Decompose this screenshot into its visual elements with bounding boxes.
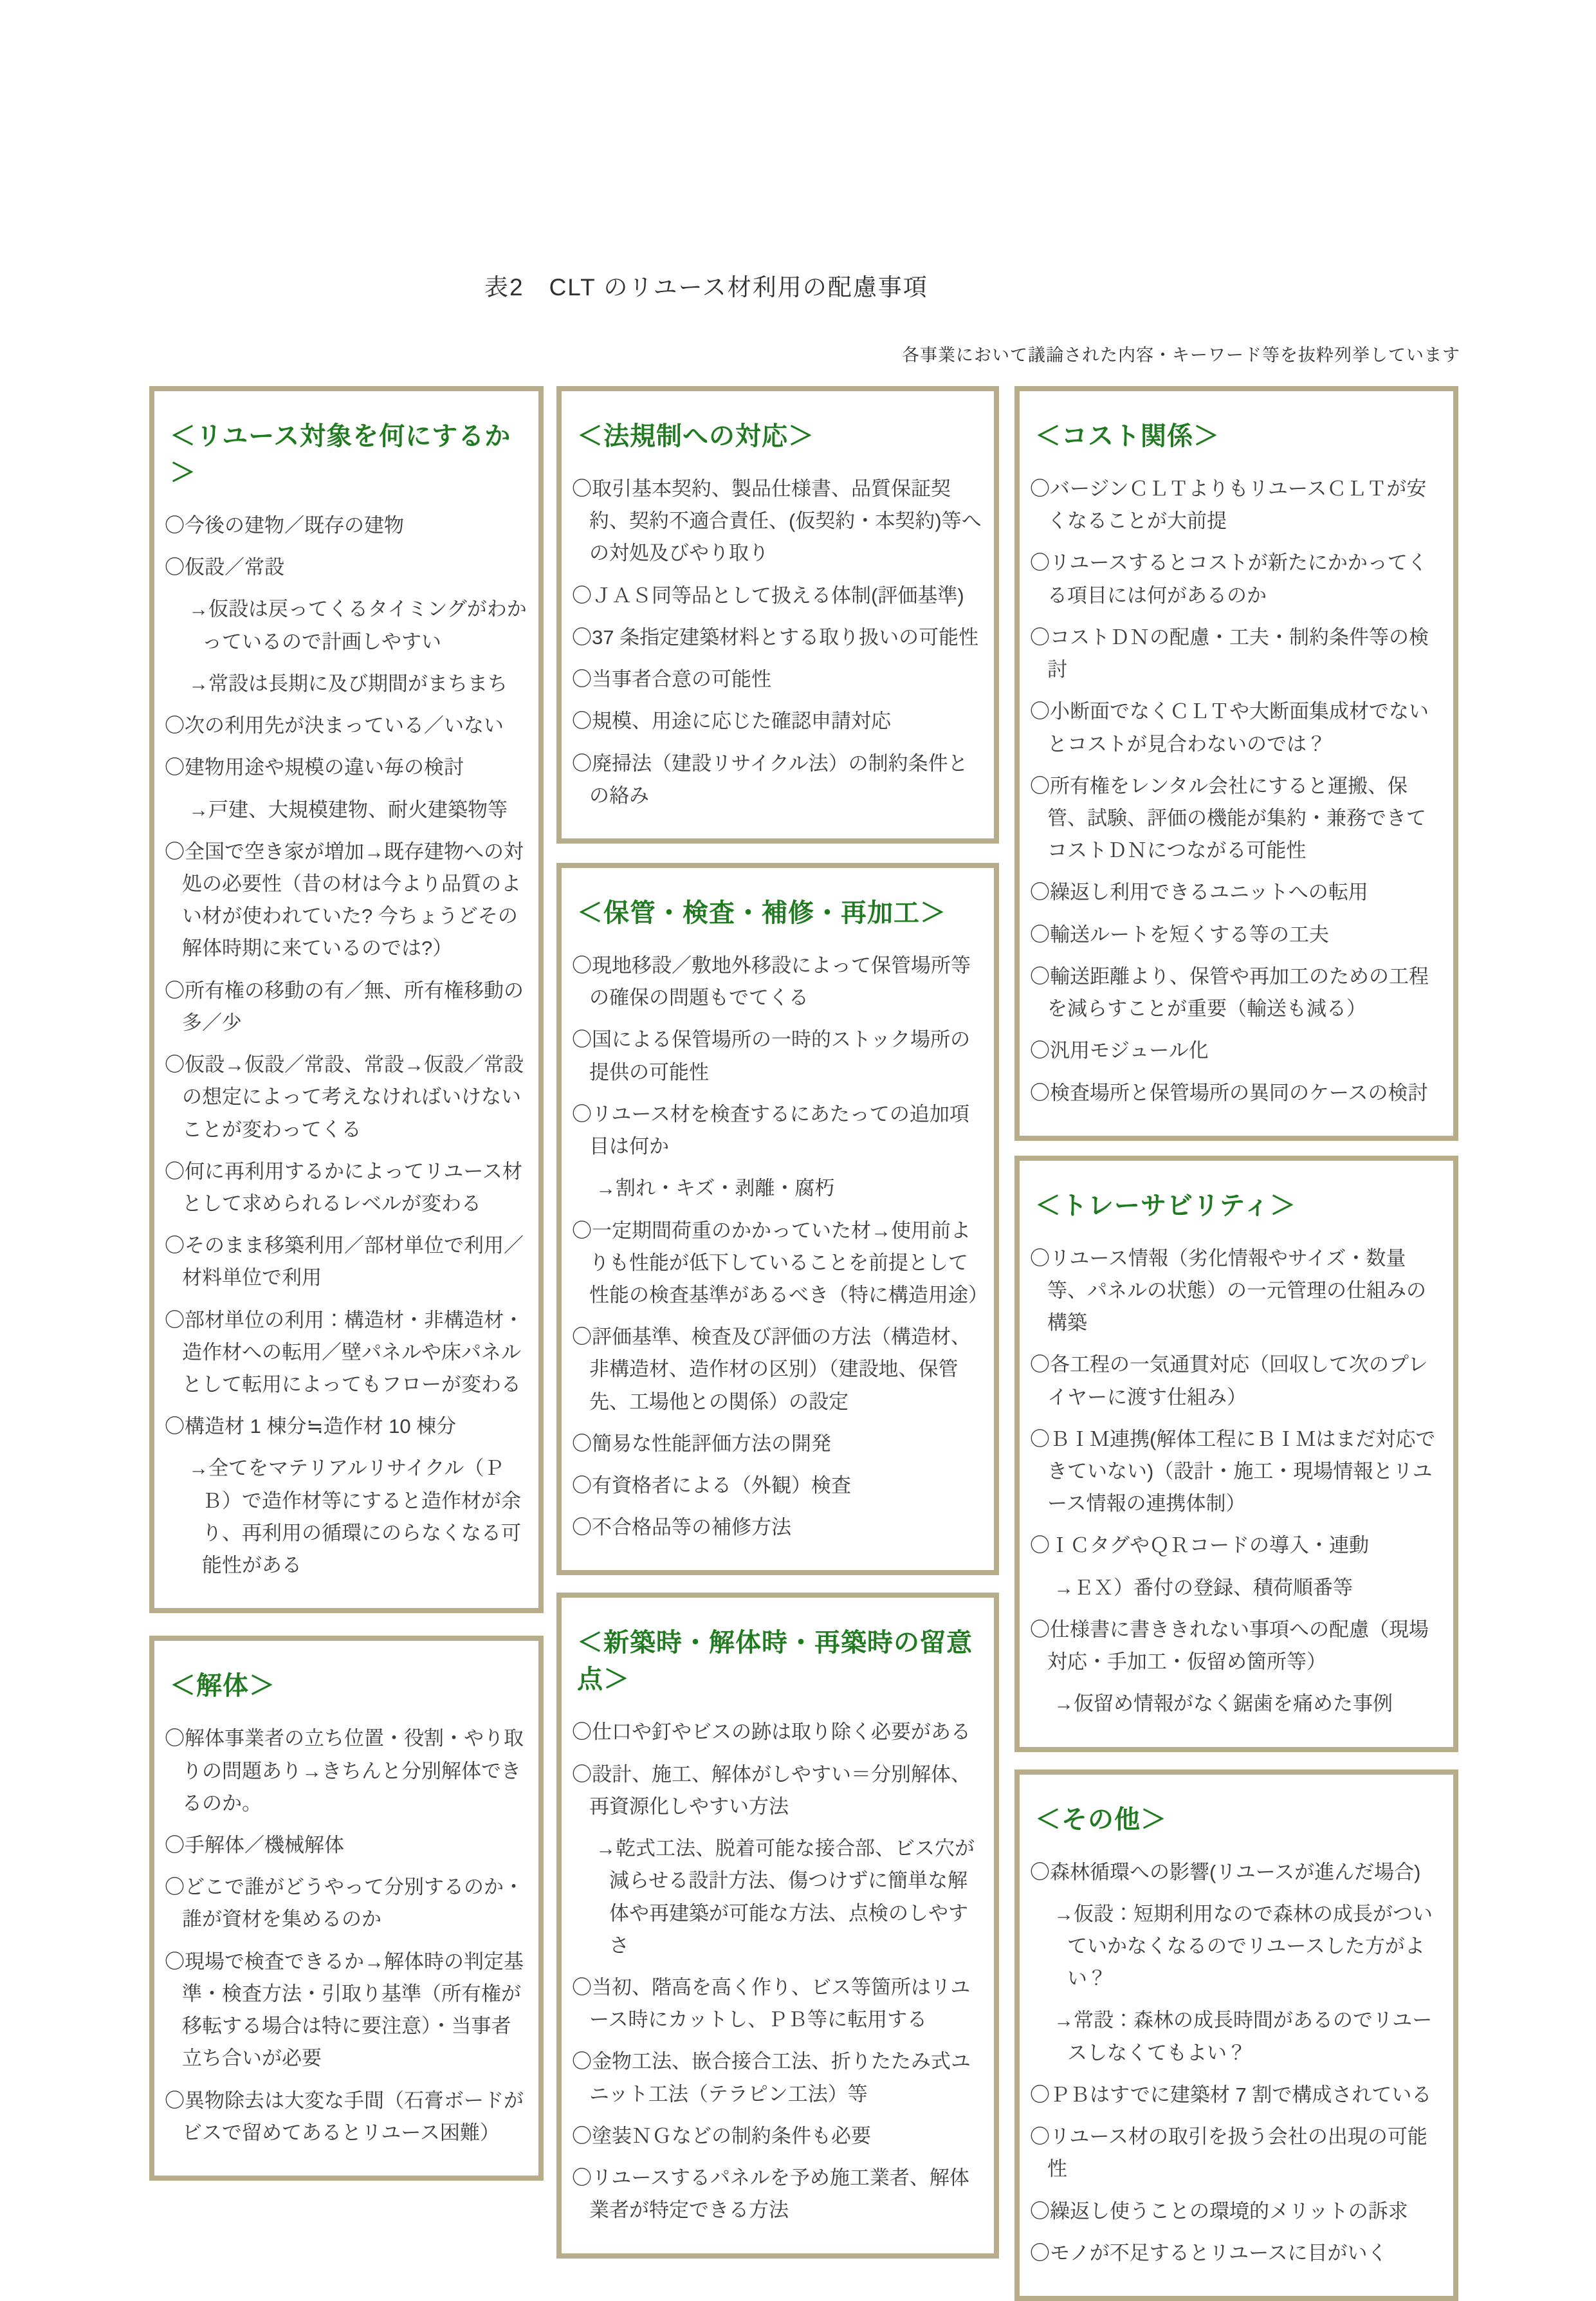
section-box: ＜保管・検査・補修・再加工＞〇現地移設／敷地外移設によって保管場所等の確保の問題… bbox=[556, 863, 999, 1576]
section-box: ＜その他＞〇森林循環への影響(リユースが進んだ場合)→仮設：短期利用なので森林の… bbox=[1014, 1770, 1458, 2301]
bullet-item: 〇ＪＡＳ同等品として扱える体制(評価基準) bbox=[572, 580, 984, 612]
bullet-item: 〇モノが不足するとリユースに目がいく bbox=[1030, 2237, 1443, 2269]
bullet-item: 〇何に再利用するかによってリユース材として求められるレベルが変わる bbox=[165, 1156, 528, 1220]
bullet-item: 〇リユース材の取引を扱う会社の出現の可能性 bbox=[1030, 2121, 1443, 2185]
bullet-item: 〇輸送距離より、保管や再加工のための工程を減らすことが重要（輸送も減る） bbox=[1030, 961, 1443, 1025]
sub-bullet-item: →戸建、大規模建物、耐火建築物等 bbox=[165, 794, 528, 826]
bullet-item: 〇仮設／常設 bbox=[165, 551, 528, 584]
sub-bullet-item: →乾式工法、脱着可能な接合部、ビス穴が減らせる設計方法、傷つけずに簡単な解体や再… bbox=[572, 1833, 984, 1962]
bullet-item: 〇繰返し使うことの環境的メリットの訴求 bbox=[1030, 2195, 1443, 2228]
bullet-item: 〇小断面でなくＣＬＴや大断面集成材でないとコストが見合わないのでは？ bbox=[1030, 696, 1443, 760]
bullet-item: 〇コストＤＮの配慮・工夫・制約条件等の検討 bbox=[1030, 622, 1443, 686]
bullet-item: 〇森林循環への影響(リユースが進んだ場合) bbox=[1030, 1856, 1443, 1889]
bullet-item: 〇リユース材を検査するにあたっての追加項目は何か bbox=[572, 1098, 984, 1163]
bullet-item: 〇今後の建物／既存の建物 bbox=[165, 510, 528, 542]
bullet-item: 〇解体事業者の立ち位置・役割・やり取りの問題あり→きちんと分別解体できるのか。 bbox=[165, 1723, 528, 1820]
sub-bullet-item: →仮設は戻ってくるタイミングがわかっているので計画しやすい bbox=[165, 593, 528, 658]
sub-bullet-item: →割れ・キズ・剥離・腐朽 bbox=[572, 1172, 984, 1205]
bullet-item: 〇検査場所と保管場所の異同のケースの検討 bbox=[1030, 1077, 1443, 1109]
section-heading: ＜新築時・解体時・再築時の留意点＞ bbox=[577, 1622, 984, 1696]
bullet-item: 〇現地移設／敷地外移設によって保管場所等の確保の問題もでてくる bbox=[572, 950, 984, 1014]
bullet-item: 〇現場で検査できるか→解体時の判定基準・検査方法・引取り基準（所有権が移転する場… bbox=[165, 1946, 528, 2075]
page-title: 表2 CLT のリユース材利用の配慮事項 bbox=[484, 268, 928, 302]
bullet-item: 〇全国で空き家が増加→既存建物への対処の必要性（昔の材は今より品質のよい材が使わ… bbox=[165, 836, 528, 965]
sub-bullet-item: →仮設：短期利用なので森林の成長がついていかなくなるのでリユースした方がよい？ bbox=[1030, 1898, 1443, 1995]
bullet-item: 〇各工程の一気通貫対応（回収して次のプレイヤーに渡す仕組み） bbox=[1030, 1349, 1443, 1413]
columns-container: ＜リユース対象を何にするか＞〇今後の建物／既存の建物〇仮設／常設→仮設は戻ってく… bbox=[149, 386, 1458, 2301]
bullet-item: 〇一定期間荷重のかかっていた材→使用前よりも性能が低下していることを前提として性… bbox=[572, 1215, 984, 1312]
bullet-item: 〇取引基本契約、製品仕様書、品質保証契約、契約不適合責任、(仮契約・本契約)等へ… bbox=[572, 473, 984, 570]
column: ＜コスト関係＞〇バージンＣＬＴよりもリユースＣＬＴが安くなることが大前提〇リユー… bbox=[1014, 386, 1458, 2301]
section-heading: ＜コスト関係＞ bbox=[1035, 416, 1443, 452]
bullet-item: 〇ＢＩＭ連携(解体工程にＢＩＭはまだ対応できていない)（設計・施工・現場情報とリ… bbox=[1030, 1423, 1443, 1520]
bullet-item: 〇仕様書に書ききれない事項への配慮（現場対応・手加工・仮留め箇所等） bbox=[1030, 1614, 1443, 1678]
section-heading: ＜解体＞ bbox=[170, 1665, 528, 1702]
document-page: { "page": { "title": "表2 CLT のリユース材利用の配慮… bbox=[0, 0, 1596, 2257]
bullet-item: 〇どこで誰がどうやって分別するのか・誰が資材を集めるのか bbox=[165, 1871, 528, 1936]
bullet-item: 〇異物除去は大変な手間（石膏ボードがビスで留めてあるとリユース困難） bbox=[165, 2085, 528, 2149]
bullet-item: 〇当初、階高を高く作り、ビス等箇所はリユース時にカットし、ＰＢ等に転用する bbox=[572, 1972, 984, 2036]
bullet-item: 〇リユースするパネルを予め施工業者、解体業者が特定できる方法 bbox=[572, 2162, 984, 2226]
bullet-item: 〇塗装ＮＧなどの制約条件も必要 bbox=[572, 2120, 984, 2152]
section-box: ＜リユース対象を何にするか＞〇今後の建物／既存の建物〇仮設／常設→仮設は戻ってく… bbox=[149, 386, 544, 1613]
column: ＜法規制への対応＞〇取引基本契約、製品仕様書、品質保証契約、契約不適合責任、(仮… bbox=[556, 386, 999, 2259]
bullet-item: 〇繰返し利用できるユニットへの転用 bbox=[1030, 876, 1443, 909]
bullet-item: 〇規模、用途に応じた確認申請対応 bbox=[572, 705, 984, 737]
bullet-item: 〇仮設→仮設／常設、常設→仮設／常設の想定によって考えなければいけないことが変わ… bbox=[165, 1049, 528, 1146]
bullet-item: 〇廃掃法（建設リサイクル法）の制約条件との絡み bbox=[572, 748, 984, 812]
bullet-item: 〇次の利用先が決まっている／いない bbox=[165, 710, 528, 742]
bullet-item: 〇仕口や釘やビスの跡は取り除く必要がある bbox=[572, 1716, 984, 1748]
bullet-item: 〇汎用モジュール化 bbox=[1030, 1035, 1443, 1067]
column: ＜リユース対象を何にするか＞〇今後の建物／既存の建物〇仮設／常設→仮設は戻ってく… bbox=[149, 386, 544, 2181]
bullet-item: 〇リユースするとコストが新たにかかってくる項目には何があるのか bbox=[1030, 547, 1443, 611]
bullet-item: 〇37 条指定建築材料とする取り扱いの可能性 bbox=[572, 622, 984, 654]
bullet-item: 〇設計、施工、解体がしやすい＝分別解体、再資源化しやすい方法 bbox=[572, 1759, 984, 1823]
bullet-item: 〇金物工法、嵌合接合工法、折りたたみ式ユニット工法（テラピン工法）等 bbox=[572, 2046, 984, 2110]
sub-bullet-item: →全てをマテリアルリサイクル（ＰＢ）で造作材等にすると造作材が余り、再利用の循環… bbox=[165, 1452, 528, 1582]
bullet-item: 〇ＩＣタグやＱＲコードの導入・連動 bbox=[1030, 1529, 1443, 1562]
section-heading: ＜保管・検査・補修・再加工＞ bbox=[577, 892, 984, 929]
bullet-item: 〇リユース情報（劣化情報やサイズ・数量等、パネルの状態）の一元管理の仕組みの構築 bbox=[1030, 1243, 1443, 1340]
section-heading: ＜リユース対象を何にするか＞ bbox=[170, 416, 528, 489]
bullet-item: 〇部材単位の利用：構造材・非構造材・造作材への転用／壁パネルや床パネルとして転用… bbox=[165, 1304, 528, 1401]
bullet-item: 〇ＰＢはすでに建築材 7 割で構成されている bbox=[1030, 2079, 1443, 2111]
bullet-item: 〇そのまま移築利用／部材単位で利用／材料単位で利用 bbox=[165, 1230, 528, 1294]
bullet-item: 〇輸送ルートを短くする等の工夫 bbox=[1030, 919, 1443, 951]
page-subtitle: 各事業において議論された内容・キーワード等を抜粋列挙しています bbox=[902, 341, 1460, 366]
section-box: ＜コスト関係＞〇バージンＣＬＴよりもリユースＣＬＴが安くなることが大前提〇リユー… bbox=[1014, 386, 1458, 1141]
section-heading: ＜その他＞ bbox=[1035, 1799, 1443, 1836]
sub-bullet-item: →ＥＸ）番付の登録、積荷順番等 bbox=[1030, 1572, 1443, 1604]
bullet-item: 〇所有権をレンタル会社にすると運搬、保管、試験、評価の機能が集約・兼務できてコス… bbox=[1030, 770, 1443, 867]
bullet-item: 〇建物用途や規模の違い毎の検討 bbox=[165, 752, 528, 784]
sub-bullet-item: →仮留め情報がなく鋸歯を痛めた事例 bbox=[1030, 1688, 1443, 1720]
section-box: ＜新築時・解体時・再築時の留意点＞〇仕口や釘やビスの跡は取り除く必要がある〇設計… bbox=[556, 1593, 999, 2258]
bullet-item: 〇構造材 1 棟分≒造作材 10 棟分 bbox=[165, 1410, 528, 1443]
bullet-item: 〇不合格品等の補修方法 bbox=[572, 1511, 984, 1544]
section-box: ＜トレーサビリティ＞〇リユース情報（劣化情報やサイズ・数量等、パネルの状態）の一… bbox=[1014, 1156, 1458, 1752]
bullet-item: 〇国による保管場所の一時的ストック場所の提供の可能性 bbox=[572, 1024, 984, 1088]
section-heading: ＜トレーサビリティ＞ bbox=[1035, 1185, 1443, 1222]
bullet-item: 〇有資格者による（外観）検査 bbox=[572, 1470, 984, 1502]
bullet-item: 〇簡易な性能評価方法の開発 bbox=[572, 1428, 984, 1460]
bullet-item: 〇手解体／機械解体 bbox=[165, 1829, 528, 1862]
sub-bullet-item: →常設は長期に及び期間がまちまち bbox=[165, 668, 528, 700]
bullet-item: 〇所有権の移動の有／無、所有権移動の多／少 bbox=[165, 975, 528, 1039]
section-box: ＜法規制への対応＞〇取引基本契約、製品仕様書、品質保証契約、契約不適合責任、(仮… bbox=[556, 386, 999, 844]
bullet-item: 〇当事者合意の可能性 bbox=[572, 663, 984, 696]
section-box: ＜解体＞〇解体事業者の立ち位置・役割・やり取りの問題あり→きちんと分別解体できる… bbox=[149, 1636, 544, 2181]
bullet-item: 〇バージンＣＬＴよりもリユースＣＬＴが安くなることが大前提 bbox=[1030, 473, 1443, 537]
section-heading: ＜法規制への対応＞ bbox=[577, 416, 984, 452]
bullet-item: 〇評価基準、検査及び評価の方法（構造材、非構造材、造作材の区別）（建設地、保管先… bbox=[572, 1321, 984, 1418]
sub-bullet-item: →常設：森林の成長時間があるのでリユースしなくてもよい？ bbox=[1030, 2004, 1443, 2069]
